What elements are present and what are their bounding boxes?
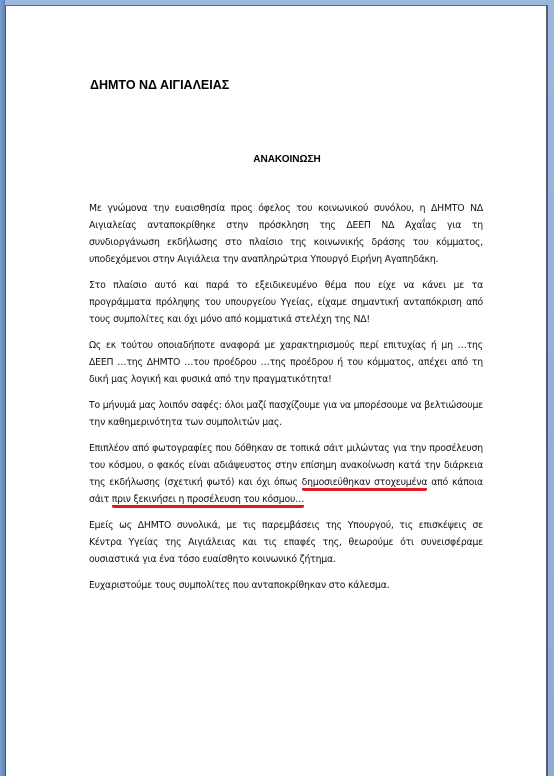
paragraph-intro: Με γνώμονα την ευαισθησία προς όφελος το… xyxy=(89,200,483,268)
announcement-heading: ΑΝΑΚΟΙΝΩΣΗ xyxy=(6,154,546,165)
paragraph-response: Ως εκ τούτου οποιαδήποτε αναφορά με χαρα… xyxy=(89,337,483,388)
document-body: Με γνώμονα την ευαισθησία προς όφελος το… xyxy=(89,200,483,603)
document-page: ΔΗΜΤΟ ΝΔ ΑΙΓΙΑΛΕΙΑΣ ΑΝΑΚΟΙΝΩΣΗ Με γνώμον… xyxy=(5,5,548,776)
paragraph-contribution: Εμείς ως ΔΗΜΤΟ συνολικά, με τις παρεμβάσ… xyxy=(89,517,483,568)
red-underline-before-start: πριν ξεκινήσει η προσέλευση του κόσμου… xyxy=(112,494,305,508)
document-title: ΔΗΜΤΟ ΝΔ ΑΙΓΙΑΛΕΙΑΣ xyxy=(90,78,229,92)
paragraph-photos: Επιπλέον από φωτογραφίες που δόθηκαν σε … xyxy=(89,440,483,508)
red-underline-published: δημοσιεύθηκαν στοχευμένα xyxy=(302,477,428,491)
paragraph-message: Το μήνυμά μας λοιπόν σαφές: όλοι μαζί πα… xyxy=(89,397,483,431)
paragraph-context: Στο πλαίσιο αυτό και παρά το εξειδικευμέ… xyxy=(89,277,483,328)
paragraph-thanks: Ευχαριστούμε τους συμπολίτες που ανταποκ… xyxy=(89,577,483,594)
